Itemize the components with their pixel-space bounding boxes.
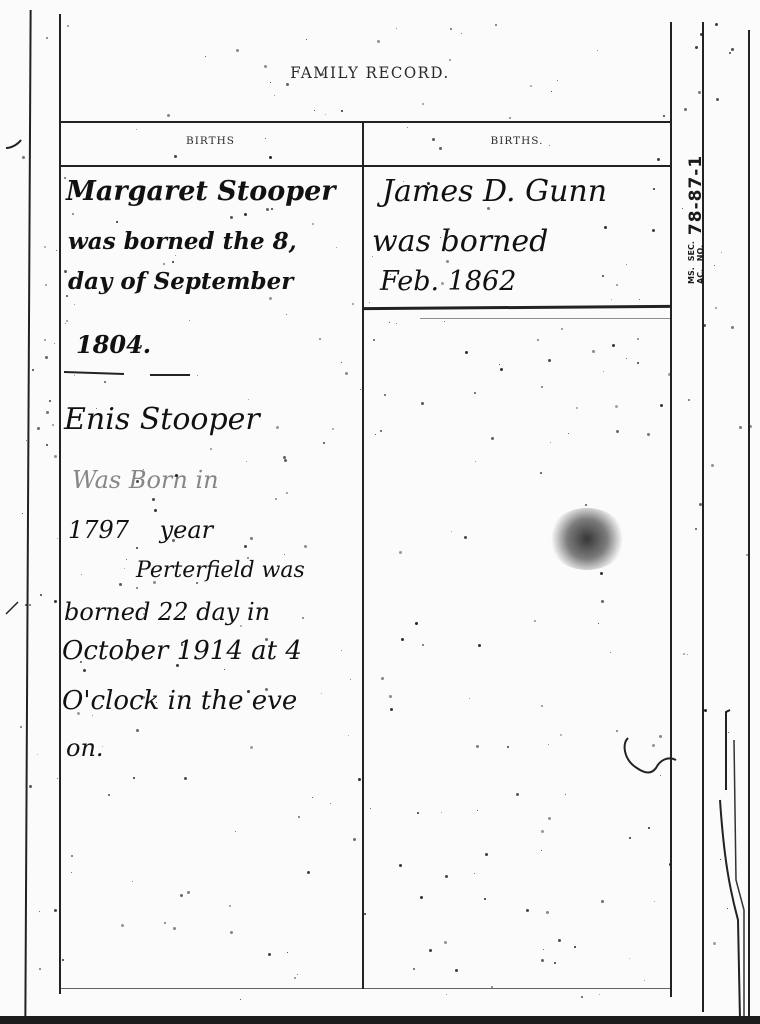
entry-divider-line-faint <box>420 318 670 319</box>
stamp-label-ms-ac: MS. AC. <box>687 267 705 284</box>
entry-line: on. <box>66 734 104 762</box>
left-outer-margin-line <box>24 10 31 1016</box>
stamp-number: 78-87-1 <box>686 155 706 235</box>
right-margin-scribble <box>718 700 758 1020</box>
column-divider <box>362 121 364 989</box>
entry-line: Perterfield was <box>136 558 305 583</box>
pen-scribble <box>620 730 680 790</box>
margin-mark <box>4 138 24 152</box>
header-bottom-line <box>59 165 671 167</box>
entry-underline <box>64 371 124 375</box>
margin-mark <box>4 600 20 616</box>
entry-line: 1797 year <box>68 516 213 544</box>
right-frame-line <box>670 22 672 997</box>
entry-underline <box>150 374 190 376</box>
archive-stamp: MS. AC. SEC. NO. 78-87-1 <box>686 84 706 284</box>
entry-line: day of September <box>68 268 293 295</box>
stamp-label-sec-no: SEC. NO. <box>687 241 705 261</box>
entry-line: was borned the 8, <box>68 228 297 255</box>
left-frame-line <box>59 14 61 994</box>
page-title: FAMILY RECORD. <box>0 64 740 83</box>
entry-line: was borned <box>372 224 548 259</box>
entry-line: borned 22 day in <box>64 598 270 626</box>
entry-line: Margaret Stooper <box>66 176 336 207</box>
scan-bottom-edge <box>0 1016 760 1024</box>
column-header-left: BIRTHS <box>59 135 362 147</box>
entry-line: James D. Gunn <box>382 174 607 209</box>
entry-line: Enis Stooper <box>64 402 260 437</box>
entry-line: Feb. 1862 <box>380 266 516 297</box>
table-bottom-line <box>59 988 671 989</box>
column-header-right: BIRTHS. <box>364 135 670 147</box>
entry-line: O'clock in the eve <box>62 686 297 716</box>
entry-divider-line <box>364 305 670 310</box>
entry-line: Was Born in <box>72 466 219 494</box>
ink-blot <box>548 508 626 570</box>
